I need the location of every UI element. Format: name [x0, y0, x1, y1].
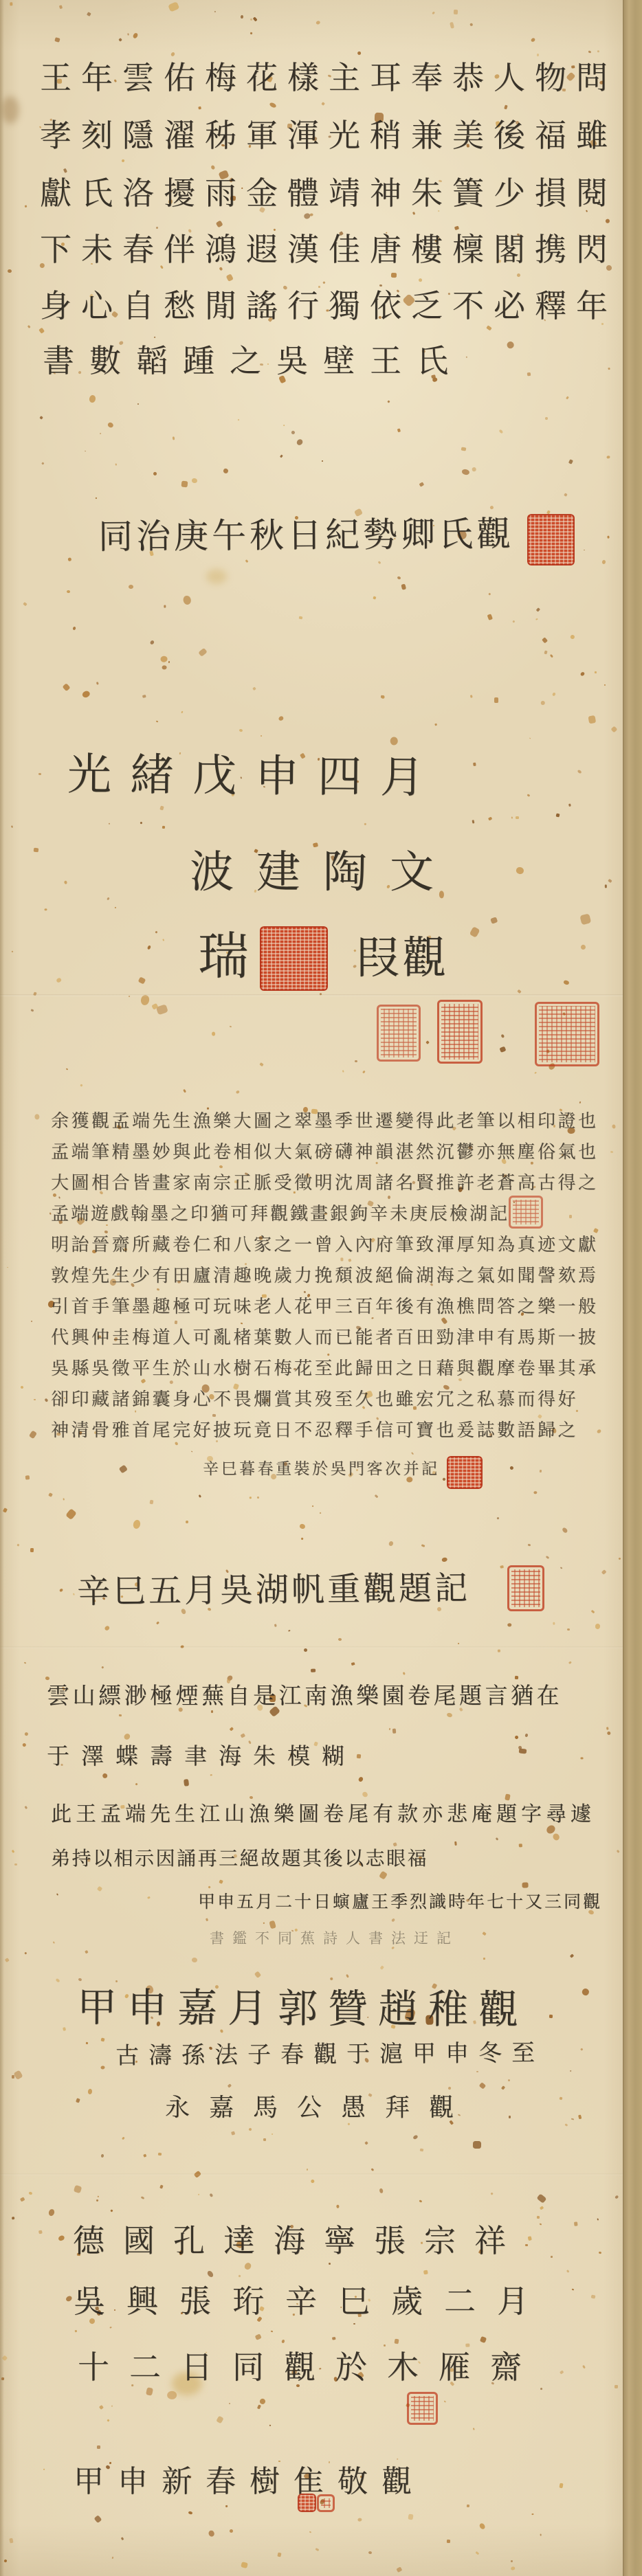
- paper-fleck: [241, 1734, 245, 1738]
- paper-fleck: [612, 1124, 616, 1129]
- paper-fleck: [329, 1977, 333, 1980]
- paper-fleck: [110, 2327, 112, 2329]
- paper-fleck: [418, 278, 423, 282]
- paper-fleck: [527, 2236, 531, 2240]
- paper-fleck: [607, 536, 610, 539]
- paper-fleck: [231, 2131, 235, 2135]
- paper-fleck: [311, 1669, 316, 1673]
- poem-row: 書數韜踵之吳壁王氏: [43, 344, 463, 379]
- paper-fleck: [565, 2123, 568, 2126]
- paper-fleck: [249, 2127, 252, 2131]
- paper-fleck: [188, 2511, 192, 2515]
- paper-fleck: [568, 459, 573, 464]
- paper-fleck: [562, 1527, 568, 1533]
- colophon-line: 孟端遊戲翰墨之印猶可拜觀鐵畫銀鉤辛未庚辰檢湖記: [51, 1205, 509, 1224]
- paper-fleck: [215, 220, 223, 227]
- paper-fleck: [605, 219, 610, 223]
- paper-fleck: [219, 1879, 223, 1884]
- colophon-line: 敦煌先生少有田廬清趣晚歲力挽頹波絕倫湖海之氣如聞謦欬焉: [51, 1266, 599, 1286]
- paper-fleck: [461, 447, 467, 451]
- paper-fleck: [336, 2204, 340, 2208]
- paper-fleck: [159, 2184, 163, 2188]
- paper-fleck: [56, 1893, 58, 1896]
- paper-fleck: [173, 436, 175, 440]
- paper-fleck: [153, 471, 157, 476]
- paper-fleck: [48, 2208, 56, 2217]
- paper-fleck: [604, 684, 606, 686]
- paper-fleck: [48, 1492, 53, 1497]
- paper-fleck: [574, 2221, 577, 2226]
- paper-fleck: [27, 325, 31, 328]
- paper-fleck: [153, 337, 155, 339]
- paper-fleck: [211, 1710, 214, 1713]
- paper-fleck: [377, 561, 381, 564]
- paper-fleck: [263, 1922, 265, 1924]
- paper-fleck: [142, 695, 146, 698]
- paper-fleck: [476, 2551, 479, 2555]
- paper-fleck: [115, 464, 117, 467]
- paper-fleck: [488, 817, 492, 821]
- paper-fleck: [560, 2483, 564, 2489]
- paper-fleck: [223, 468, 230, 474]
- paper-fleck: [140, 822, 142, 825]
- paper-fleck: [508, 2079, 511, 2081]
- paper-fleck: [86, 2042, 88, 2044]
- paper-fleck: [270, 2331, 273, 2333]
- paper-fleck: [80, 1084, 82, 1086]
- paper-fleck: [384, 2344, 386, 2347]
- paper-fleck: [582, 2365, 586, 2369]
- colophon-line: 代興仲圭梅道人可亂楮葉數人而已能者百田勁津申有馬斯一披: [51, 1328, 599, 1348]
- paper-fleck: [392, 1842, 397, 1847]
- paper-fleck: [82, 690, 91, 698]
- paper-fleck: [132, 1519, 141, 1530]
- paper-fleck: [282, 2339, 285, 2343]
- paper-fleck: [595, 1624, 601, 1629]
- paper-fleck: [28, 2191, 32, 2195]
- paper-fleck: [104, 1625, 110, 1631]
- paper-fleck: [494, 697, 498, 703]
- paper-fleck: [472, 820, 474, 823]
- paper-fleck: [311, 1505, 313, 1507]
- paper-fleck: [506, 341, 515, 350]
- paper-fleck: [552, 1833, 561, 1842]
- paper-fleck: [94, 2515, 102, 2523]
- paper-fleck: [106, 1224, 108, 1226]
- paper-fleck: [516, 816, 519, 820]
- paper-fleck: [356, 1754, 360, 1759]
- paper-fleck: [55, 1978, 60, 1983]
- paper-fleck: [509, 2116, 511, 2118]
- paper-fleck: [469, 926, 480, 938]
- paper-fleck: [243, 2261, 252, 2270]
- signature-seal: [447, 1456, 483, 1489]
- paper-fleck: [277, 2553, 281, 2557]
- paper-fleck: [368, 2551, 371, 2555]
- paper-fleck: [572, 2289, 574, 2291]
- paper-fleck: [191, 1958, 197, 1963]
- paper-fleck: [388, 1541, 394, 1546]
- paper-fleck: [63, 1498, 65, 1501]
- paper-fleck: [150, 640, 155, 645]
- paper-fleck: [263, 2138, 266, 2141]
- paper-fleck: [11, 1850, 14, 1853]
- paper-fleck: [466, 356, 467, 357]
- paper-fleck: [488, 593, 491, 596]
- paper-fleck: [540, 1470, 542, 1472]
- paper-fleck: [552, 693, 556, 697]
- groupview-line: 甲申新春樹隹敬觀: [74, 2465, 425, 2498]
- paper-fleck: [238, 2275, 241, 2278]
- paper-fleck: [269, 1920, 276, 1929]
- mount-edge-left: [0, 0, 4, 2576]
- paper-fleck: [168, 660, 170, 662]
- paper-fleck: [610, 726, 617, 732]
- paper-fleck: [432, 11, 435, 14]
- paper-fleck: [104, 1230, 108, 1233]
- poem2-line: 于澤蝶壽聿海朱模糊: [47, 1744, 356, 1769]
- paper-fleck: [59, 1588, 64, 1593]
- paper-fleck: [107, 421, 114, 428]
- paper-fleck: [364, 2141, 368, 2145]
- paper-fleck: [601, 1570, 606, 1576]
- paper-fleck: [470, 695, 472, 698]
- paper-fleck: [568, 803, 571, 806]
- paper-fleck: [537, 54, 540, 56]
- paper-fleck: [536, 618, 538, 620]
- paper-fleck: [582, 1987, 590, 1996]
- paper-fleck: [5, 1958, 9, 1962]
- paper-fleck: [593, 1228, 599, 1233]
- paper-fleck: [601, 559, 606, 564]
- paper-fleck: [160, 656, 168, 662]
- paper-fleck: [597, 50, 599, 52]
- paper-fleck: [208, 1885, 211, 1889]
- poem2-line: 雲山縹渺極煙蕪自是江南漁樂園卷尾題言猶在: [47, 1683, 562, 1708]
- paper-fleck: [219, 1165, 223, 1169]
- paper-fleck: [444, 2400, 446, 2402]
- wuhufan-seal: [507, 1565, 544, 1611]
- paper-fleck: [184, 1779, 189, 1787]
- paper-fleck: [536, 608, 540, 612]
- paper-fleck: [304, 1291, 306, 1293]
- paper-fleck: [29, 1430, 37, 1439]
- paper-fleck: [549, 2015, 552, 2019]
- paper-fleck: [388, 400, 390, 403]
- paper-fleck: [390, 737, 398, 746]
- paper-fleck: [509, 1466, 514, 1470]
- inscription-guangxu-guan: 叚觀: [355, 934, 449, 983]
- paper-fleck: [327, 1353, 330, 1356]
- paper-fleck: [606, 456, 610, 459]
- paper-fleck: [411, 1452, 414, 1455]
- paper-fleck: [571, 2118, 574, 2120]
- paper-fleck: [527, 794, 531, 796]
- paper-fleck: [329, 2461, 331, 2463]
- paper-fleck: [319, 1512, 321, 1514]
- paper-fleck: [181, 480, 188, 486]
- paper-fleck: [580, 1757, 583, 1759]
- paper-fleck: [531, 2513, 533, 2515]
- paper-fleck: [441, 1317, 447, 1324]
- paper-fleck: [540, 2534, 542, 2536]
- paper-fleck: [97, 2445, 100, 2449]
- paper-fleck: [522, 1883, 528, 1888]
- paper-fleck: [379, 1871, 388, 1880]
- paper-fleck: [310, 2179, 314, 2183]
- inscription-guangxu-date: 光緒戊申四月: [67, 751, 443, 803]
- paper-fleck: [570, 2070, 572, 2072]
- paper-fleck: [24, 1952, 27, 1955]
- paper-fleck: [584, 550, 586, 551]
- paper-fleck: [63, 2028, 66, 2032]
- paper-fleck: [379, 2188, 384, 2193]
- paper-fleck: [588, 715, 597, 723]
- paper-fleck: [518, 1844, 522, 1847]
- paper-fleck: [112, 2557, 114, 2559]
- paper-fleck: [514, 1735, 519, 1740]
- paper-fleck: [288, 1630, 290, 1632]
- paper-fleck: [109, 823, 110, 825]
- paper-fleck: [147, 945, 151, 950]
- paper-fleck: [489, 505, 494, 510]
- paper-fleck: [162, 826, 166, 829]
- inscription-wuhufan: 辛巳五月吳湖帆重觀題記: [77, 1571, 470, 1611]
- paper-fleck: [143, 2153, 146, 2157]
- paper-fleck: [541, 701, 545, 705]
- colophon-line: 神清骨雅首尾完好披玩竟日不忍釋手信可寶也爰誌數語歸之: [51, 1421, 578, 1441]
- paper-fleck: [260, 1062, 264, 1066]
- paper-fleck: [259, 2398, 267, 2405]
- paper-fleck: [278, 715, 284, 721]
- paper-fleck: [597, 2218, 599, 2221]
- paper-fleck: [466, 2344, 470, 2347]
- paper-fleck: [122, 2136, 125, 2140]
- paper-fleck: [412, 212, 416, 215]
- paper-fleck: [496, 1837, 499, 1840]
- paper-fleck: [252, 686, 256, 690]
- paper-fleck: [466, 2505, 469, 2507]
- paper-fleck: [20, 2197, 25, 2202]
- paper-fleck: [157, 1288, 159, 1290]
- paper-fleck: [483, 1958, 485, 1960]
- paper-fleck: [110, 2209, 113, 2212]
- paper-fleck: [39, 416, 43, 420]
- paper-fleck: [511, 816, 513, 819]
- paper-fleck: [397, 428, 401, 432]
- paper-fleck: [119, 1465, 128, 1474]
- paper-fleck: [76, 2098, 80, 2103]
- paper-fleck: [158, 2153, 162, 2156]
- paper-fleck: [544, 650, 547, 654]
- paper-fleck: [96, 497, 98, 500]
- paper-fleck: [212, 1413, 216, 1417]
- paper-fleck: [96, 2199, 98, 2202]
- paper-fleck: [191, 478, 197, 483]
- paper-fleck: [208, 2530, 215, 2538]
- paper-fleck: [111, 2406, 113, 2408]
- paper-fleck: [65, 1508, 76, 1520]
- paper-fleck: [442, 1557, 448, 1563]
- paper-fleck: [351, 1662, 355, 1666]
- inscription-guangxu-name: 波建陶文: [190, 849, 456, 897]
- calligraphy-scroll: 王年雲佑梅花樣主耳奉恭人物問 孝刻隱濯秭軍渾光稍兼美後福雖 獻氏洛擾雨金體靖神朱…: [0, 0, 642, 2576]
- mount-edge-right: [623, 0, 642, 2576]
- paper-fleck: [380, 1965, 384, 1969]
- paper-fleck: [250, 32, 252, 34]
- paper-fleck: [230, 1727, 234, 1731]
- paper-fleck: [156, 1004, 168, 1015]
- paper-fleck: [164, 605, 166, 608]
- paper-fleck: [44, 1398, 48, 1402]
- paper-fleck: [358, 1776, 364, 1782]
- inscription-magongyu: 永嘉馬公愚拜觀: [165, 2094, 473, 2122]
- paper-fleck: [357, 2518, 362, 2522]
- paper-fleck: [606, 1727, 608, 1729]
- paper-fleck: [608, 367, 610, 369]
- paper-fleck: [156, 1621, 159, 1624]
- paper-fleck: [14, 1863, 18, 1866]
- paper-fleck: [461, 469, 469, 475]
- paper-fleck: [315, 2548, 319, 2551]
- paper-fleck: [205, 1918, 208, 1921]
- paper-fleck: [578, 2114, 582, 2118]
- paper-fleck: [85, 1950, 89, 1953]
- paper-fleck: [257, 2404, 261, 2409]
- tongzhi-seal: [527, 514, 575, 565]
- paper-fleck: [299, 1523, 306, 1529]
- paper-fleck: [498, 1650, 500, 1653]
- paper-fleck: [291, 430, 295, 434]
- paper-fleck: [132, 32, 138, 39]
- paper-fleck: [191, 1451, 193, 1453]
- paper-fleck: [34, 848, 38, 852]
- paper-fleck: [272, 2133, 274, 2135]
- paper-fleck: [403, 1672, 406, 1675]
- fold-crease: [0, 2173, 623, 2175]
- paper-fleck: [11, 950, 13, 952]
- paper-fleck: [54, 37, 60, 42]
- paper-fleck: [396, 2566, 402, 2572]
- paper-fleck: [511, 2566, 516, 2571]
- paper-fleck: [568, 1661, 572, 1665]
- paper-fleck: [479, 2336, 486, 2343]
- guangxu-seal: [260, 926, 328, 991]
- paper-fleck: [210, 1774, 212, 1776]
- paper-fleck: [114, 906, 116, 908]
- paper-fleck: [472, 2141, 480, 2149]
- paper-fleck: [73, 1593, 75, 1595]
- paper-fleck: [56, 977, 62, 983]
- paper-fleck: [454, 1841, 457, 1846]
- paper-fleck: [45, 1677, 49, 1680]
- paper-fleck: [135, 1411, 136, 1413]
- paper-fleck: [570, 1953, 574, 1958]
- paper-fleck: [226, 273, 234, 281]
- colophon-line: 孟端筆精墨妙與此卷相似大氣磅礴神韻湛然沉鬱亦無塵俗氣也: [51, 1143, 599, 1163]
- paper-fleck: [225, 2505, 228, 2508]
- poem-row: 王年雲佑梅花樣主耳奉恭人物問: [40, 60, 617, 96]
- paper-fleck: [569, 1215, 573, 1218]
- paper-fleck: [198, 2193, 200, 2195]
- paper-fleck: [551, 2256, 553, 2258]
- paper-fleck: [23, 1661, 25, 1664]
- paper-fleck: [230, 2529, 233, 2532]
- colophon-line: 引首手筆墨趣極可玩味老人花甲三百年後有漁樵問答之樂一般: [51, 1297, 599, 1317]
- small-seal-a: [377, 1005, 421, 1062]
- wangjilie-line: 弟持以相示因誦再三絕故題其後以志眼福: [51, 1848, 428, 1870]
- paper-fleck: [239, 728, 243, 732]
- colophon-line: 余獲觀孟端先生漁樂大圖之翠墨季世遷變得此老筆以相印證也: [51, 1112, 599, 1132]
- paper-fleck: [72, 626, 76, 630]
- paper-fleck: [280, 454, 283, 458]
- paper-fleck: [537, 2216, 540, 2219]
- paper-fleck: [31, 1009, 34, 1011]
- paper-fleck: [96, 682, 99, 684]
- paper-fleck: [101, 2154, 104, 2158]
- paper-fleck: [577, 769, 582, 774]
- paper-fleck: [391, 1918, 396, 1923]
- paper-fleck: [355, 1060, 357, 1062]
- paper-fleck: [505, 105, 509, 109]
- paper-fleck: [12, 2217, 15, 2220]
- paper-fleck: [505, 1793, 511, 1800]
- paper-fleck: [482, 1931, 486, 1936]
- groupview-line: 德國孔達海寧張宗祥: [73, 2224, 524, 2259]
- paper-fleck: [530, 37, 535, 42]
- paper-fleck: [167, 1, 179, 12]
- paper-fleck: [500, 1034, 505, 1038]
- colophon-signature: 辛巳暮春重裝於吳門客次并記: [203, 1461, 440, 1478]
- paper-fleck: [209, 2193, 213, 2197]
- paper-fleck: [446, 1712, 452, 1718]
- paper-fleck: [299, 616, 303, 620]
- paper-fleck: [269, 102, 277, 109]
- fold-crease: [0, 1646, 623, 1648]
- paper-fleck: [400, 584, 406, 590]
- paper-fleck: [397, 576, 401, 580]
- paper-fleck: [118, 38, 122, 42]
- paper-fleck: [214, 11, 215, 12]
- paper-fleck: [419, 482, 424, 486]
- paper-fleck: [447, 2540, 450, 2543]
- paper-fleck: [470, 23, 474, 26]
- paper-fleck: [38, 2230, 42, 2234]
- paper-fleck: [579, 671, 585, 677]
- paper-fleck: [24, 1732, 29, 1736]
- paper-fleck: [156, 227, 158, 229]
- paper-fleck: [472, 467, 476, 471]
- paper-fleck: [588, 51, 592, 54]
- paper-fleck: [487, 614, 492, 620]
- paper-fleck: [182, 1088, 186, 1093]
- paper-fleck: [309, 2531, 311, 2533]
- paper-fleck: [120, 2537, 124, 2540]
- paper-fleck: [615, 2195, 619, 2200]
- paper-fleck: [254, 1971, 261, 1978]
- poem-row: 身心自愁閒謠行獨依乏不必釋年: [40, 289, 617, 324]
- paper-fleck: [447, 2086, 451, 2090]
- paper-fleck: [473, 763, 476, 766]
- paper-fleck: [185, 1521, 188, 1524]
- muyanzhai-seal: [407, 2392, 438, 2425]
- paper-fleck: [512, 620, 515, 623]
- paper-fleck: [379, 284, 382, 286]
- paper-fleck: [274, 1624, 277, 1626]
- poem-row: 獻氏洛擾雨金體靖神朱簀少損閱: [40, 176, 617, 211]
- paper-fleck: [580, 913, 592, 925]
- paper-fleck: [207, 1107, 209, 1110]
